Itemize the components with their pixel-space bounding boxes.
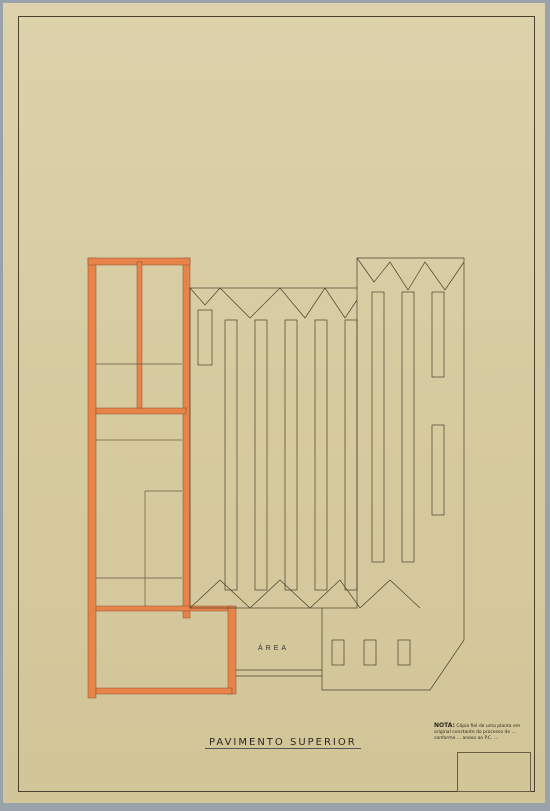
left-wing-walls [88,258,236,698]
drawing-title: PAVIMENTO SUPERIOR [205,737,361,749]
note-block: NOTA: Cópia fiel de uma planta em origin… [434,723,534,742]
floor-plan [0,0,550,811]
area-label: ÁREA [258,645,289,652]
note-heading: NOTA: [434,722,455,729]
stamp-box [457,752,531,792]
